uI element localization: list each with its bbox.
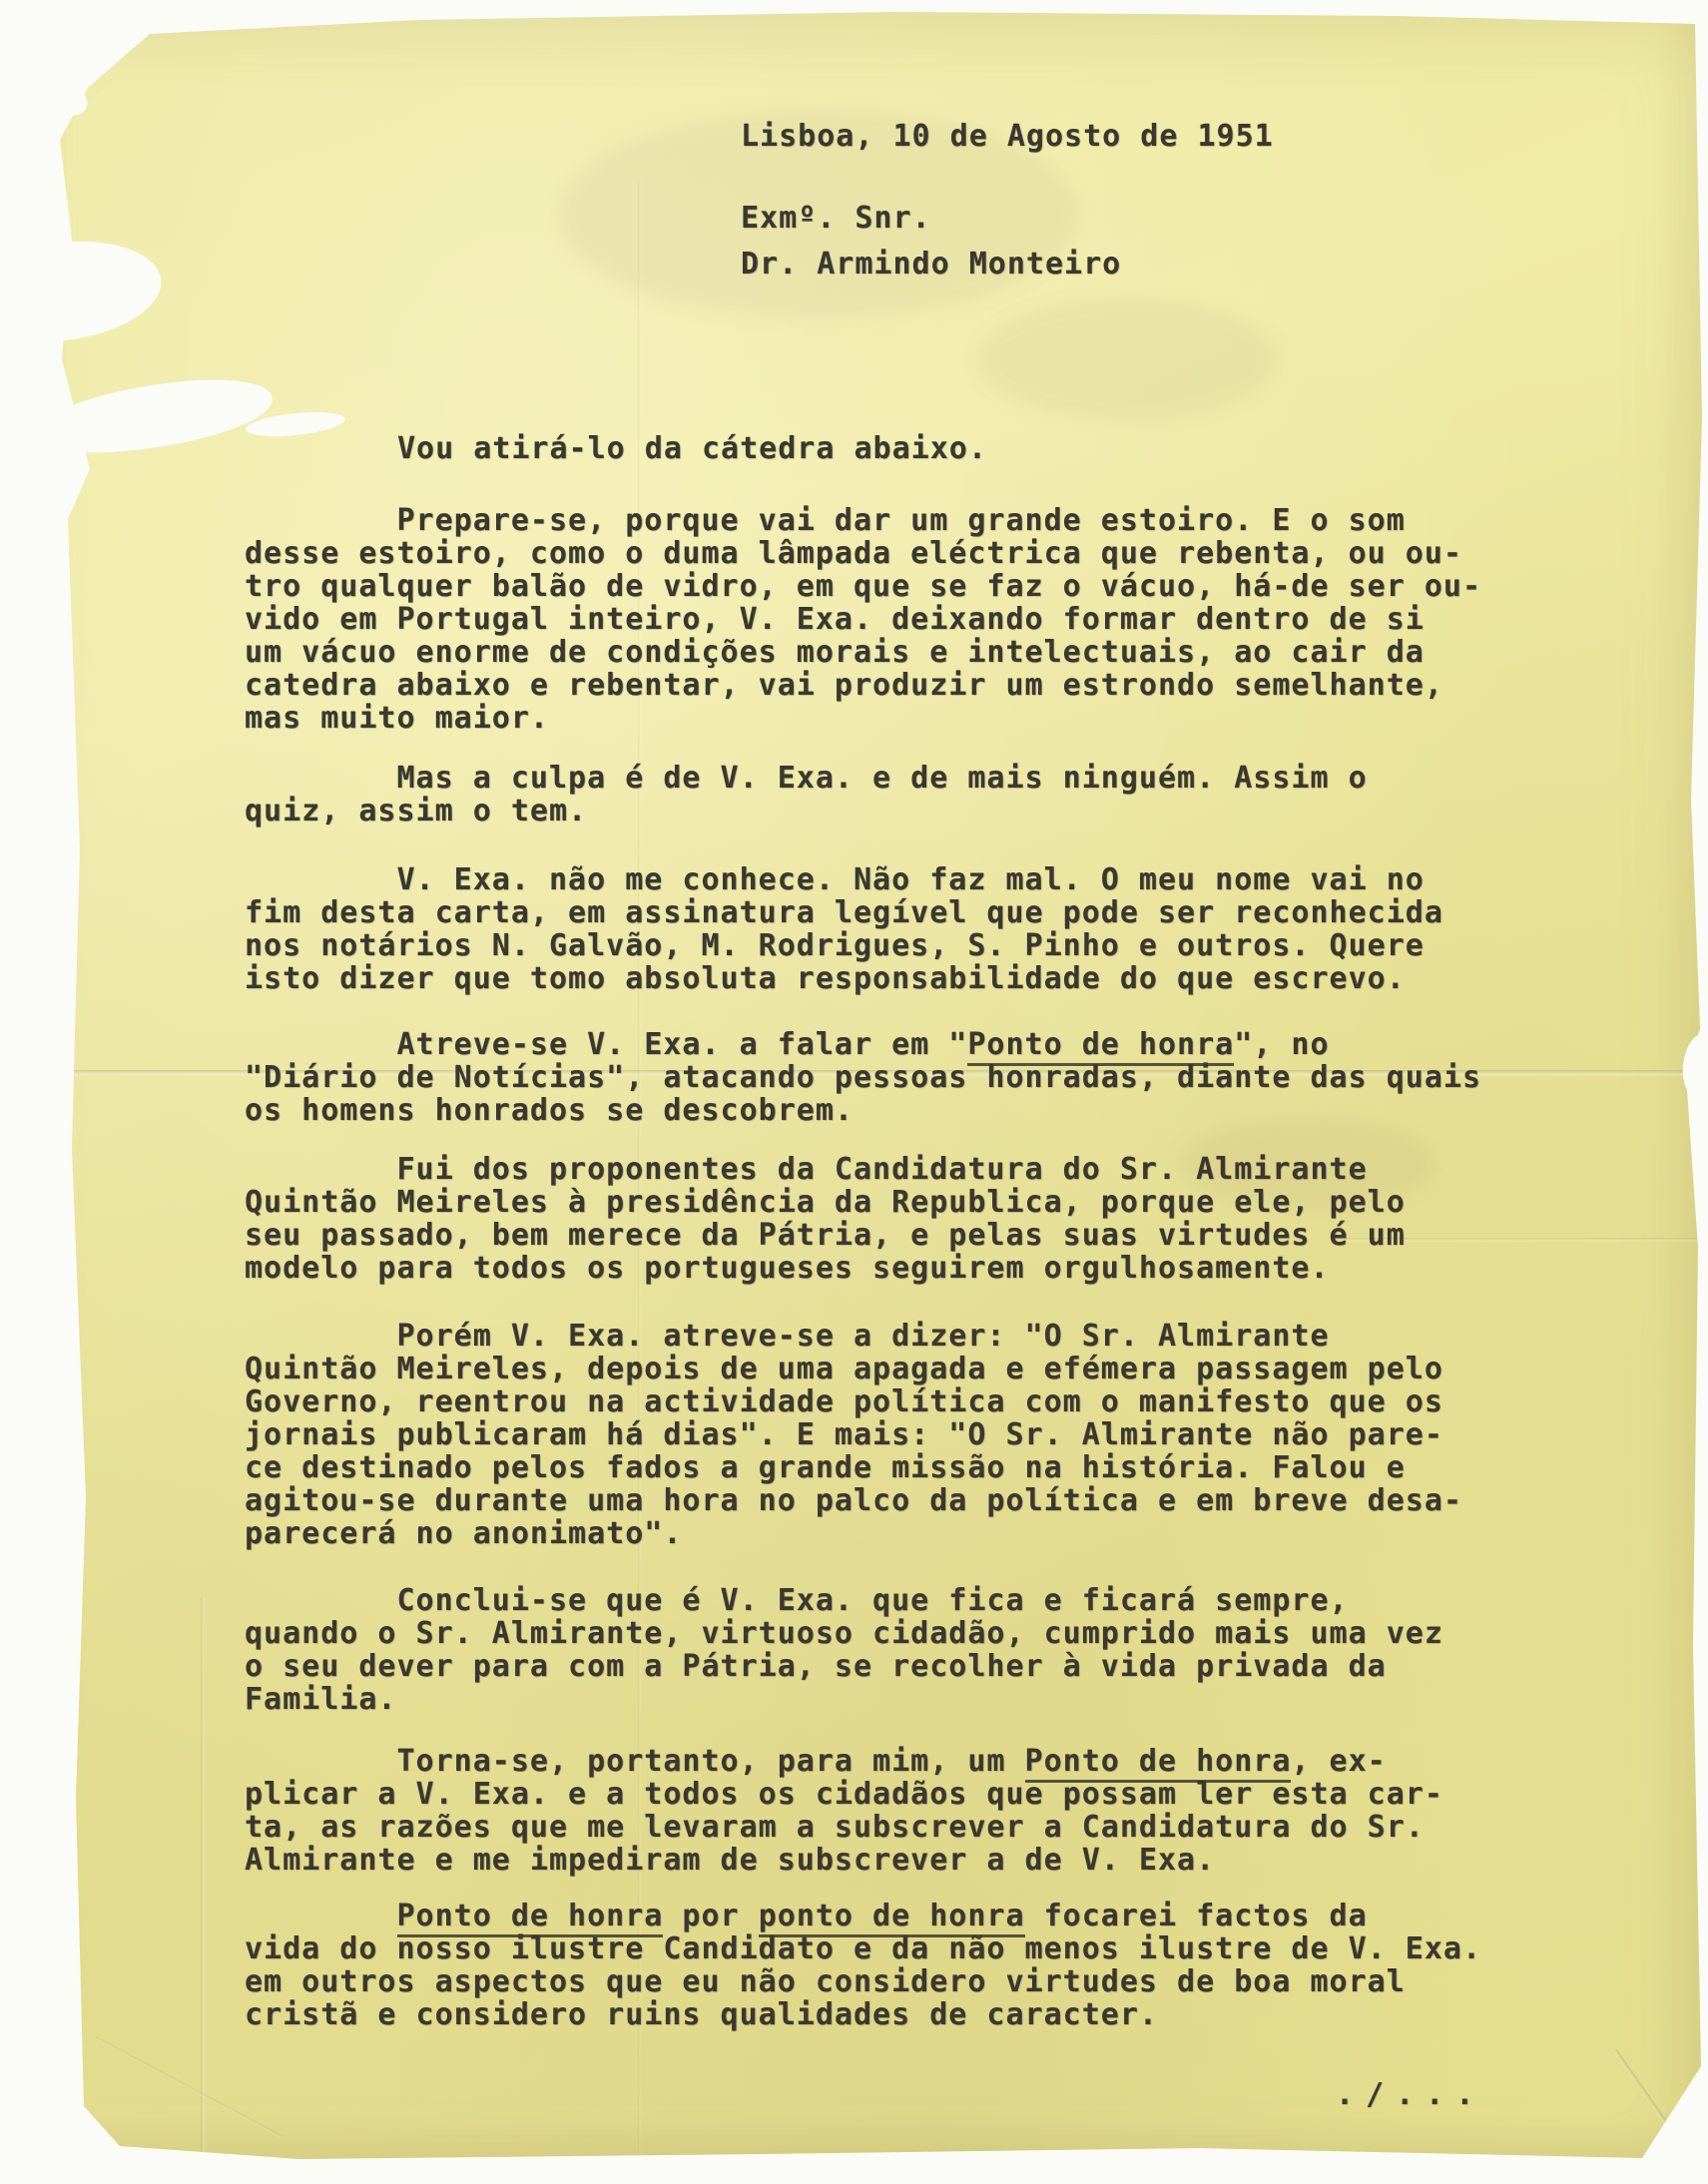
scan-backdrop: Lisboa, 10 de Agosto de 1951 Exmº. Snr. … bbox=[0, 0, 1708, 2184]
letter-header: Lisboa, 10 de Agosto de 1951 Exmº. Snr. … bbox=[741, 0, 1669, 319]
fold-crease-top-left bbox=[59, 0, 273, 21]
continuation-mark: ./... bbox=[1336, 2078, 1485, 2111]
addressee-line: Dr. Armindo Monteiro bbox=[741, 248, 1121, 280]
place-date-line: Lisboa, 10 de Agosto de 1951 bbox=[741, 120, 1274, 153]
opening-line: Vou atirá-lo da cátedra abaixo. bbox=[397, 432, 987, 465]
paper-edge-shading bbox=[0, 0, 1708, 2184]
salutation-line: Exmº. Snr. bbox=[741, 202, 931, 235]
letter-paper: Lisboa, 10 de Agosto de 1951 Exmº. Snr. … bbox=[0, 0, 1708, 2184]
